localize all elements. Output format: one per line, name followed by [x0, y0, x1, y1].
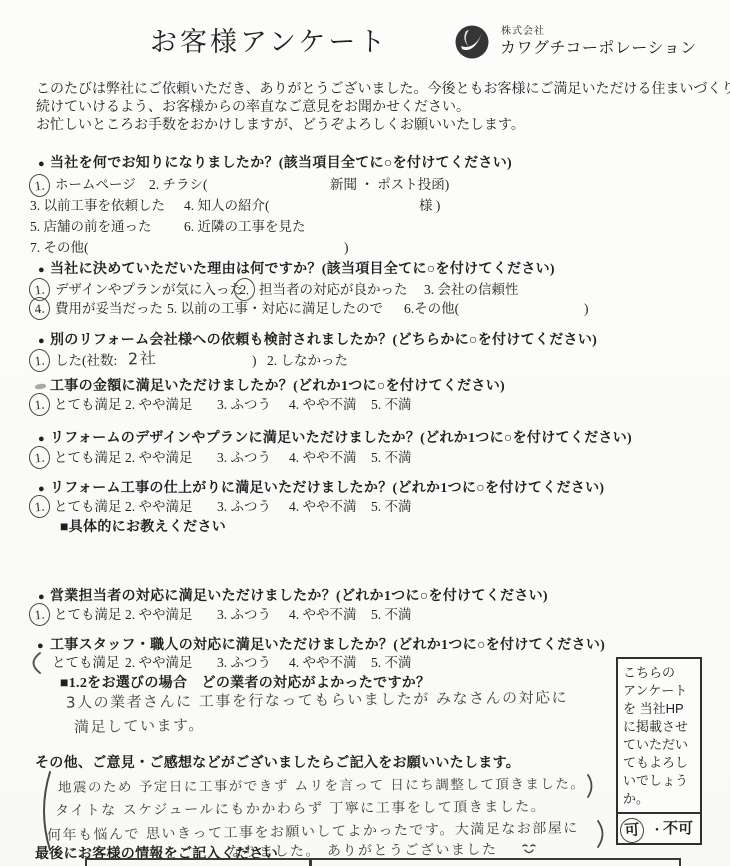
- faded-bullet-mark: [35, 383, 47, 389]
- q8-handwritten-comment-line1: 3人の業者さんに 工事を行なってもらいましたが みなさんの対応に: [66, 688, 568, 712]
- smiley-doodle-icon: [520, 841, 538, 857]
- q8-option-4: 4. やや不満: [289, 655, 357, 672]
- q8-option-1: とても満足: [52, 655, 120, 672]
- handwritten-circle-mark: 1.: [28, 173, 51, 198]
- customer-info-table-border: [309, 858, 312, 866]
- q7-option-4: 4. やや不満: [289, 607, 357, 624]
- hp-ng-label: 不可: [663, 820, 693, 839]
- q5-option-2: 2. やや満足: [125, 450, 193, 467]
- handwritten-circle-mark: 1.: [28, 392, 51, 417]
- q2-option-4: 費用が妥当だった: [55, 301, 163, 318]
- q4-option-1: とても満足: [54, 397, 122, 414]
- q4-title: 工事の金額に満足いただけましたか？(どれか1つに○を付けてください): [50, 378, 505, 396]
- page-title: お客様アンケート: [150, 26, 388, 60]
- q2-option-2: 担当者の対応が良かった: [259, 282, 408, 299]
- q1-option-4-suffix: 様 ): [419, 198, 440, 215]
- q5-option-3: 3. ふつう: [217, 450, 271, 467]
- hp-ok-label: 可: [624, 821, 640, 839]
- handwritten-paren-right-icon: [596, 819, 608, 849]
- customer-info-table-border: [679, 858, 681, 866]
- q5-option-1-number: 1.: [34, 450, 45, 466]
- q5-bullet-icon: ●: [38, 433, 45, 447]
- q4-option-1-number: 1.: [34, 397, 45, 413]
- q2-option-6-close: ): [584, 301, 589, 318]
- q2-bullet-icon: ●: [38, 264, 45, 278]
- q8-option-2: 2. やや満足: [125, 655, 193, 672]
- q2-option-6: 6.その他(: [404, 301, 459, 318]
- q8-title: 工事スタッフ・職人の対応に満足いただけましたか？(どれか1つに○を付けてください…: [50, 637, 605, 655]
- handwritten-circle-mark: 2.: [233, 277, 256, 302]
- q8-handwritten-comment-line2: 満足しています。: [74, 716, 205, 737]
- q1-option-7: 7. その他(: [30, 240, 89, 257]
- q3-title: 別のリフォーム会社様への依頼も検討されましたか？(どちらかに○を付けてください): [50, 332, 597, 350]
- q2-option-4-number: 4.: [34, 301, 45, 317]
- company-name: カワグチコーポレーション: [500, 39, 697, 59]
- q6-option-5: 5. 不満: [371, 499, 412, 516]
- q6-option-3: 3. ふつう: [217, 499, 271, 516]
- intro-line-2: 続けていけるよう、お客様からの率直なご意見をお聞かせください。: [36, 99, 470, 117]
- q1-option-2: 2. チラシ(: [149, 177, 208, 194]
- q2-option-1-number: 1.: [34, 282, 45, 298]
- q1-option-1-number: 1.: [34, 178, 45, 194]
- customer-info-table-border: [85, 858, 87, 866]
- q7-option-3: 3. ふつう: [217, 607, 271, 624]
- handwritten-circle-mark: 1.: [28, 445, 51, 470]
- hp-box-divider: [618, 812, 700, 814]
- q8-option-5: 5. 不満: [371, 655, 412, 672]
- intro-line-1: このたびは弊社にご依頼いただき、ありがとうございました。今後ともお客様にご満足い…: [36, 81, 730, 99]
- q1-option-6: 6. 近隣の工事を見た: [184, 219, 306, 236]
- company-prefix: 株式会社: [501, 26, 545, 39]
- handwritten-circle-mark: 4.: [28, 296, 51, 321]
- customer-info-table-border: [85, 858, 680, 860]
- hp-permission-box: こちらの アンケート を 当社HP に掲載させ ていただい てもよろし いでしょ…: [616, 657, 702, 845]
- q1-option-1: ホームページ: [55, 177, 136, 194]
- q7-option-1-number: 1.: [34, 607, 45, 623]
- intro-line-3: お忙しいところお手数をおかけしますが、どうぞよろしくお願いいたします。: [36, 117, 525, 135]
- handwritten-open-circle-mark: [26, 650, 44, 676]
- q8-option-3: 3. ふつう: [217, 655, 271, 672]
- q3-option-1-number: 1.: [34, 353, 45, 369]
- company-logo-icon: [452, 22, 492, 62]
- q3-option-2: 2. しなかった: [267, 353, 348, 370]
- q6-option-2: 2. やや満足: [125, 499, 193, 516]
- q2-title: 当社に決めていただいた理由は何ですか？(該当項目全てに○を付けてください): [50, 261, 555, 279]
- q2-option-5: 5. 以前の工事・対応に満足したので: [167, 301, 383, 318]
- footer-prompt: 最後にお客様の情報をご記入ください: [35, 846, 278, 864]
- free-comment-line-1: 地震のため 予定日に工事ができず ムリを言って 日にち調整して頂きました。: [58, 776, 585, 797]
- q6-option-1: とても満足: [54, 499, 122, 516]
- q5-option-5: 5. 不満: [371, 450, 412, 467]
- survey-page: お客様アンケート 株式会社 カワグチコーポレーション このたびは弊社にご依頼いた…: [0, 0, 730, 866]
- q1-option-2-inner: 新聞 ・ ポスト投函): [330, 177, 449, 194]
- handwritten-circle-mark: 1.: [28, 602, 51, 627]
- q7-option-2: 2. やや満足: [125, 607, 193, 624]
- q6-title: リフォーム工事の仕上がりに満足いただけましたか？(どれか1つに○を付けてください…: [50, 480, 604, 498]
- q1-title: 当社を何でお知りになりましたか？(該当項目全てに○を付けてください): [50, 155, 512, 173]
- handwritten-circle-mark: 1.: [28, 494, 51, 519]
- hp-permission-text: こちらの アンケート を 当社HP に掲載させ ていただい てもよろし いでしょ…: [623, 664, 688, 808]
- free-comment-line-2: タイトな スケジュールにもかかわらず 丁寧に工事をして頂きました。: [55, 799, 546, 821]
- q1-bullet-icon: ●: [38, 158, 45, 172]
- q4-option-3: 3. ふつう: [217, 397, 271, 414]
- q4-option-2: 2. やや満足: [125, 397, 193, 414]
- q5-title: リフォームのデザインやプランに満足いただけましたか？(どれか1つに○を付けてくだ…: [50, 430, 632, 448]
- handwritten-circle-mark: 可: [619, 817, 645, 844]
- q4-option-5: 5. 不満: [371, 397, 412, 414]
- q7-option-1: とても満足: [54, 607, 122, 624]
- hp-separator: ・: [650, 822, 664, 840]
- q1-option-5: 5. 店舗の前を通った: [30, 219, 152, 236]
- q5-option-4: 4. やや不満: [289, 450, 357, 467]
- q7-option-5: 5. 不満: [371, 607, 412, 624]
- q7-title: 営業担当者の対応に満足いただけましたか？(どれか1つに○を付けてください): [50, 588, 548, 606]
- q5-option-1: とても満足: [54, 450, 122, 467]
- q3-bullet-icon: ●: [38, 335, 45, 349]
- q2-option-3: 3. 会社の信頼性: [424, 282, 519, 299]
- handwritten-company-count: 2社: [128, 348, 158, 369]
- q1-option-4: 4. 知人の紹介(: [184, 198, 270, 215]
- q6-detail-prompt: ■具体的にお教えください: [60, 519, 226, 537]
- q1-option-7-close: ): [344, 240, 349, 257]
- free-comment-line-3: 何年も悩んで 思いきって工事をお願いしてよかったです。大満足なお部屋に: [47, 820, 579, 845]
- q4-option-4: 4. やや不満: [289, 397, 357, 414]
- q2-option-2-number: 2.: [239, 282, 250, 298]
- q6-option-1-number: 1.: [34, 499, 45, 515]
- q2-option-1: デザインやプランが気に入った: [55, 282, 243, 299]
- q3-option-1-close: ): [252, 353, 257, 370]
- q3-option-1: した(社数:: [55, 353, 117, 370]
- q1-option-3: 3. 以前工事を依頼した: [30, 198, 165, 215]
- handwritten-paren-right-icon: [586, 773, 596, 799]
- free-comment-prompt: その他、ご意見・ご感想などがございましたらご記入をお願いいたします。: [35, 755, 520, 773]
- handwritten-circle-mark: 1.: [28, 348, 51, 373]
- q6-option-4: 4. やや不満: [289, 499, 357, 516]
